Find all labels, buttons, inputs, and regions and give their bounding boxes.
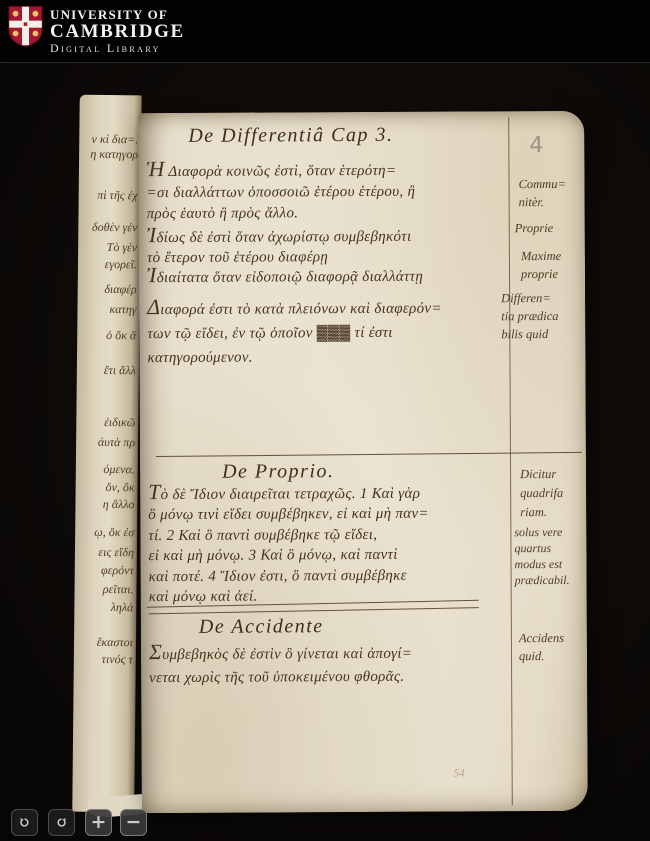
manuscript-line: Ἰδίως δὲ ἐστὶ ὅταν ἀχωρίστῳ συμβεβηκότι <box>147 224 412 248</box>
previous-page-edge: ν κὶ δια=.η κατηγορπὶ τῆς ἐχδοθὲν γένΤὸ … <box>72 95 142 813</box>
section3-paragraph1: Συμβεβηκὸς δὲ ἐστὶν ὃ γίνεται καὶ ἀπογί=… <box>149 640 412 690</box>
margin-note-solus: solus verequartusmodus estprædicabil. <box>514 524 569 588</box>
margin-line: Maxime <box>521 247 561 265</box>
margin-line: Differen= <box>501 289 558 307</box>
manuscript-page: 4 De Differentiâ Cap 3. Ἡ Διαφορὰ κοινῶς… <box>138 111 588 813</box>
cutoff-text-fragment: εις εἴδη <box>98 545 134 560</box>
cutoff-text-fragment: ἀυτὰ πρ <box>98 435 135 450</box>
cambridge-text: CAMBRIDGE <box>50 22 185 41</box>
rotate-left-button[interactable] <box>11 809 38 836</box>
cutoff-text-fragment: η κατηγορ <box>90 147 138 162</box>
margin-line: Commu= <box>519 175 566 193</box>
margin-note-maxime-proprie: Maximeproprie <box>521 247 561 283</box>
manuscript-line: πρὸς ἑαυτὸ ἢ πρὸς ἄλλο. <box>147 203 416 225</box>
margin-note-differentia: Differen=tia prædicabilis quid <box>501 289 559 343</box>
margin-line: Proprie <box>515 219 554 237</box>
cutoff-text-fragment: ἕκαστοι <box>97 635 133 650</box>
cutoff-text-fragment: ὁ ὅκ ἂ <box>106 328 136 343</box>
cambridge-shield-icon <box>8 5 43 48</box>
section-divider-line <box>156 452 582 457</box>
margin-line: tia prædica <box>501 307 558 325</box>
cutoff-text-fragment: ν κὶ δια=. <box>91 132 138 147</box>
margin-line: quid. <box>519 647 564 665</box>
margin-rule-line <box>508 117 513 805</box>
section2-title: De Proprio. <box>222 460 335 484</box>
section1-paragraph3: Ἰδιαίτατα ὅταν εἰδοποιῷ διαφορᾷ διαλλάττ… <box>147 264 423 289</box>
margin-line: Accidens <box>519 629 564 647</box>
margin-line: solus vere <box>514 524 569 540</box>
zoom-in-button[interactable]: + <box>85 809 112 836</box>
section1-title: De Differentiâ Cap 3. <box>188 124 393 148</box>
cutoff-text-fragment: ἔτι ἄλλ <box>104 363 136 378</box>
manuscript-line: νεται χωρὶς τῆς τοῦ ὑποκειμένου φθορᾶς. <box>149 666 412 690</box>
cutoff-text-fragment: ἐιδικῶ <box>104 415 135 430</box>
section2-paragraph1: Τὸ δὲ Ἴδιον διαιρεῖται τετραχῶς. 1 Καὶ γ… <box>148 481 429 608</box>
manuscript-line: Ἰδιαίτατα ὅταν εἰδοποιῷ διαφορᾷ διαλλάττ… <box>147 264 423 289</box>
rotate-right-button[interactable] <box>48 809 75 836</box>
margin-line: riam. <box>520 503 563 522</box>
section-divider-line <box>149 607 479 615</box>
margin-line: bilis quid <box>501 325 558 343</box>
section3-title: De Accidente <box>199 615 324 639</box>
cutoff-text-fragment: τινός τ <box>102 652 133 667</box>
margin-note-communiter: Commu=nitèr. <box>519 175 567 211</box>
manuscript-line: των τῷ εἴδει, ἐν τῷ ὁποῖον ▓▓▓ τί ἐστι <box>147 321 442 347</box>
manuscript-line: Ἡ Διαφορὰ κοινῶς ἐστὶ, ὅταν ἑτερότη= <box>146 158 415 183</box>
rotate-ccw-icon <box>18 813 31 832</box>
cutoff-text-fragment: ῳ, ὂκ ἐσ <box>94 525 134 540</box>
site-header: UNIVERSITY OF CAMBRIDGE Digital Library <box>0 0 650 63</box>
cutoff-text-fragment: φερόντ <box>101 563 134 578</box>
cutoff-text-fragment: κατηγ <box>109 302 136 317</box>
manuscript-line: εἰ καὶ μὴ μόνῳ. 3 Καὶ ὃ μόνῳ, καὶ παντὶ <box>148 545 429 567</box>
cutoff-text-fragment: εγορεῖ. <box>105 257 137 272</box>
margin-line: modus est <box>514 556 569 572</box>
stray-pencil-mark: 54 <box>454 767 465 779</box>
cutoff-text-fragment: όμενα. <box>103 462 135 477</box>
margin-line: quadrifa <box>520 484 563 503</box>
margin-note-accidens: Accidensquid. <box>519 629 564 665</box>
margin-note-dicitur: Diciturquadrifariam. <box>520 465 563 522</box>
manuscript-line: τί. 2 Καὶ ὃ παντὶ συμβέβηκε τῷ εἴδει, <box>148 524 429 546</box>
plus-icon: + <box>91 813 107 832</box>
manuscript-line: Συμβεβηκὸς δὲ ἐστὶν ὃ γίνεται καὶ ἀπογί= <box>149 640 412 667</box>
cutoff-text-fragment: ὄν, ὂκ <box>105 480 134 495</box>
section1-paragraph2: Ἰδίως δὲ ἐστὶ ὅταν ἀχωρίστῳ συμβεβηκότιτ… <box>147 224 412 268</box>
cutoff-text-fragment: ρεῖται. <box>103 582 134 597</box>
cutoff-text-fragment: διαφέρ <box>104 282 136 297</box>
margin-line: nitèr. <box>519 193 566 211</box>
manuscript-line: Διαφορά ἐστι τὸ κατὰ πλειόνων καὶ διαφερ… <box>147 294 442 323</box>
manuscript-line: καὶ μόνῳ καὶ ἀεί. <box>149 586 430 608</box>
minus-icon: − <box>126 813 142 832</box>
cutoff-text-fragment: ληλά <box>111 600 134 615</box>
manuscript-line: κατηγορούμενον. <box>147 345 442 371</box>
margin-note-proprie: Proprie <box>515 219 554 237</box>
section1-paragraph1: Ἡ Διαφορὰ κοινῶς ἐστὶ, ὅταν ἑτερότη==σι … <box>146 158 415 225</box>
zoom-out-button[interactable]: − <box>120 809 147 836</box>
manuscript-line: καὶ ποτέ. 4 Ἴδιον ἐστι, ὃ παντὶ συμβέβηκ… <box>149 565 430 587</box>
cambridge-logo-link[interactable]: UNIVERSITY OF CAMBRIDGE Digital Library <box>8 3 185 55</box>
app-window: UNIVERSITY OF CAMBRIDGE Digital Library … <box>0 0 650 841</box>
cutoff-text-fragment: πὶ τῆς ἐχ <box>97 188 138 203</box>
margin-line: Dicitur <box>520 465 563 484</box>
manuscript-line: Τὸ δὲ Ἴδιον διαιρεῖται τετραχῶς. 1 Καὶ γ… <box>148 481 429 506</box>
section1-paragraph4: Διαφορά ἐστι τὸ κατὰ πλειόνων καὶ διαφερ… <box>147 294 442 371</box>
margin-line: prædicabil. <box>515 572 570 588</box>
digital-library-text: Digital Library <box>50 41 185 55</box>
cutoff-text-fragment: η ἄλλο <box>103 497 135 512</box>
cutoff-text-fragment: Τὸ γέν <box>107 240 138 255</box>
pencil-folio-number: 4 <box>529 133 543 158</box>
cutoff-text-fragment: δοθὲν γέν <box>92 220 137 235</box>
manuscript-line: =σι διαλλάττων ὁποσσοιῶ ἑτέρου ἑτέρου, ἢ <box>147 182 416 204</box>
rotate-cw-icon <box>55 813 68 832</box>
margin-line: proprie <box>521 265 561 283</box>
university-of-text: UNIVERSITY OF <box>50 7 185 22</box>
manuscript-image-viewer[interactable]: ν κὶ δια=.η κατηγορπὶ τῆς ἐχδοθὲν γένΤὸ … <box>0 63 650 841</box>
margin-line: quartus <box>514 540 569 556</box>
manuscript-line: ὃ μόνῳ τινὶ εἴδει συμβέβηκεν, εἰ καὶ μὴ … <box>148 504 429 526</box>
brand-text: UNIVERSITY OF CAMBRIDGE Digital Library <box>50 3 185 55</box>
